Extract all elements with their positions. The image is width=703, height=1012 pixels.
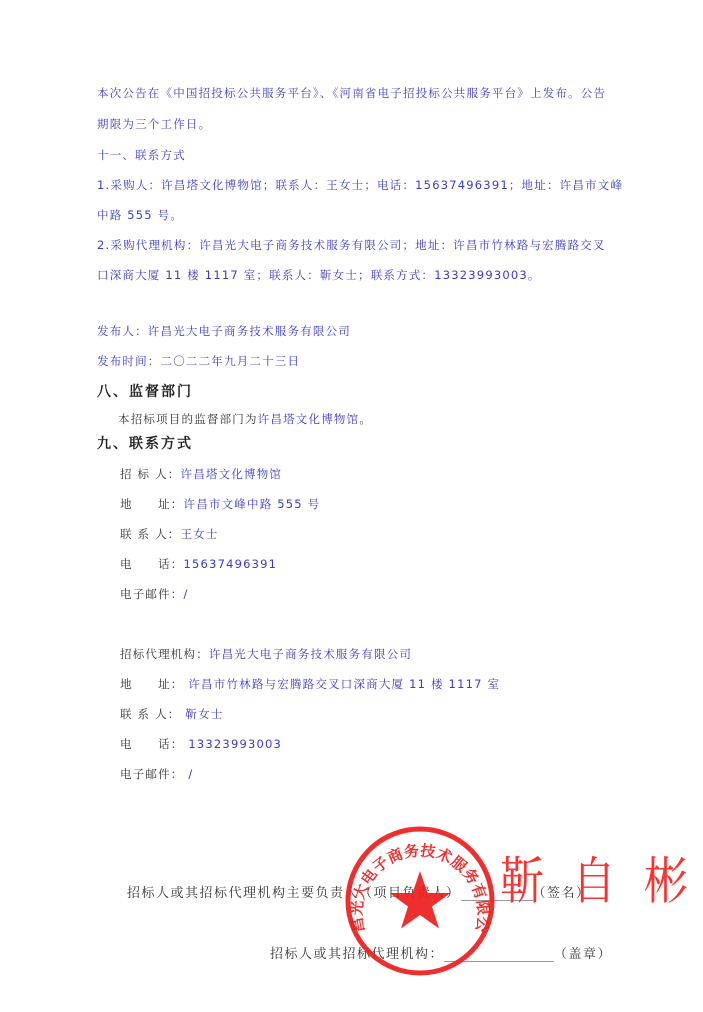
field-label: 电子邮件： xyxy=(120,766,184,782)
company-seal-stamp: 许昌光大电子商务技术服务有限公司 xyxy=(344,825,496,977)
handwritten-signature: 靳自彬 xyxy=(500,840,703,914)
agency-name-row: 招标代理机构：许昌光大电子商务技术服务有限公司 xyxy=(120,646,412,662)
field-value: 王女士 xyxy=(181,527,219,541)
publish-notice-line1: 本次公告在《中国招投标公共服务平台》、《河南省电子招投标公共服务平台》上发布。公… xyxy=(97,85,606,101)
section11-title: 十一、联系方式 xyxy=(97,147,186,163)
field-value: 靳女士 xyxy=(181,707,224,721)
supervisor-suffix: 。 xyxy=(359,412,372,426)
field-label: 招标代理机构： xyxy=(120,646,209,662)
field-value: 13323993003 xyxy=(184,737,283,751)
agency-phone-row: 电 话： 13323993003 xyxy=(120,736,282,752)
field-value: / xyxy=(184,587,189,601)
tenderer-contact-row: 联 系 人：王女士 xyxy=(120,526,219,542)
star-icon xyxy=(390,871,451,929)
agency-info-line1: 2.采购代理机构：许昌光大电子商务技术服务有限公司；地址：许昌市竹林路与宏腾路交… xyxy=(97,237,606,253)
publish-time: 发布时间：二〇二二年九月二十三日 xyxy=(97,353,300,369)
field-value: 许昌塔文化博物馆 xyxy=(181,467,283,481)
supervisor-prefix: 本招标项目的监督部门为 xyxy=(118,412,258,426)
field-label: 地 址： xyxy=(120,496,184,512)
agency-email-row: 电子邮件： / xyxy=(120,766,193,782)
field-label: 联 系 人： xyxy=(120,526,181,542)
tenderer-name-row: 招 标 人：许昌塔文化博物馆 xyxy=(120,466,282,482)
section9-title: 九、联系方式 xyxy=(97,433,193,453)
field-value: 许昌光大电子商务技术服务有限公司 xyxy=(209,647,412,661)
supervisor-value: 许昌塔文化博物馆 xyxy=(258,412,360,426)
agency-contact-row: 联 系 人： 靳女士 xyxy=(120,706,223,722)
tenderer-address-row: 地 址：许昌市文峰中路 555 号 xyxy=(120,496,320,512)
field-label: 地 址： xyxy=(120,676,184,692)
agency-address-row: 地 址： 许昌市竹林路与宏腾路交叉口深商大厦 11 楼 1117 室 xyxy=(120,676,500,692)
org-seal-suffix: （盖章） xyxy=(554,947,612,962)
field-label: 联 系 人： xyxy=(120,706,181,722)
publisher: 发布人：许昌光大电子商务技术服务有限公司 xyxy=(97,323,351,339)
buyer-info-line2: 中路 555 号。 xyxy=(97,207,183,223)
field-label: 电 话： xyxy=(120,736,184,752)
buyer-info-line1: 1.采购人：许昌塔文化博物馆；联系人：王女士；电话：15637496391；地址… xyxy=(97,177,623,193)
section8-title: 八、监督部门 xyxy=(97,381,193,401)
field-label: 招 标 人： xyxy=(120,466,181,482)
field-label: 电子邮件： xyxy=(120,586,184,602)
field-value: 15637496391 xyxy=(184,557,278,571)
field-value: 许昌市文峰中路 555 号 xyxy=(184,497,321,511)
field-value: 许昌市竹林路与宏腾路交叉口深商大厦 11 楼 1117 室 xyxy=(184,677,501,691)
tenderer-email-row: 电子邮件：/ xyxy=(120,586,189,602)
publish-notice-line2: 期限为三个工作日。 xyxy=(97,116,211,132)
agency-info-line2: 口深商大厦 11 楼 1117 室；联系人：靳女士；联系方式：133239930… xyxy=(97,267,541,283)
field-value: / xyxy=(184,767,194,781)
field-label: 电 话： xyxy=(120,556,184,572)
tenderer-phone-row: 电 话：15637496391 xyxy=(120,556,277,572)
section8-body: 本招标项目的监督部门为许昌塔文化博物馆。 xyxy=(118,411,372,427)
